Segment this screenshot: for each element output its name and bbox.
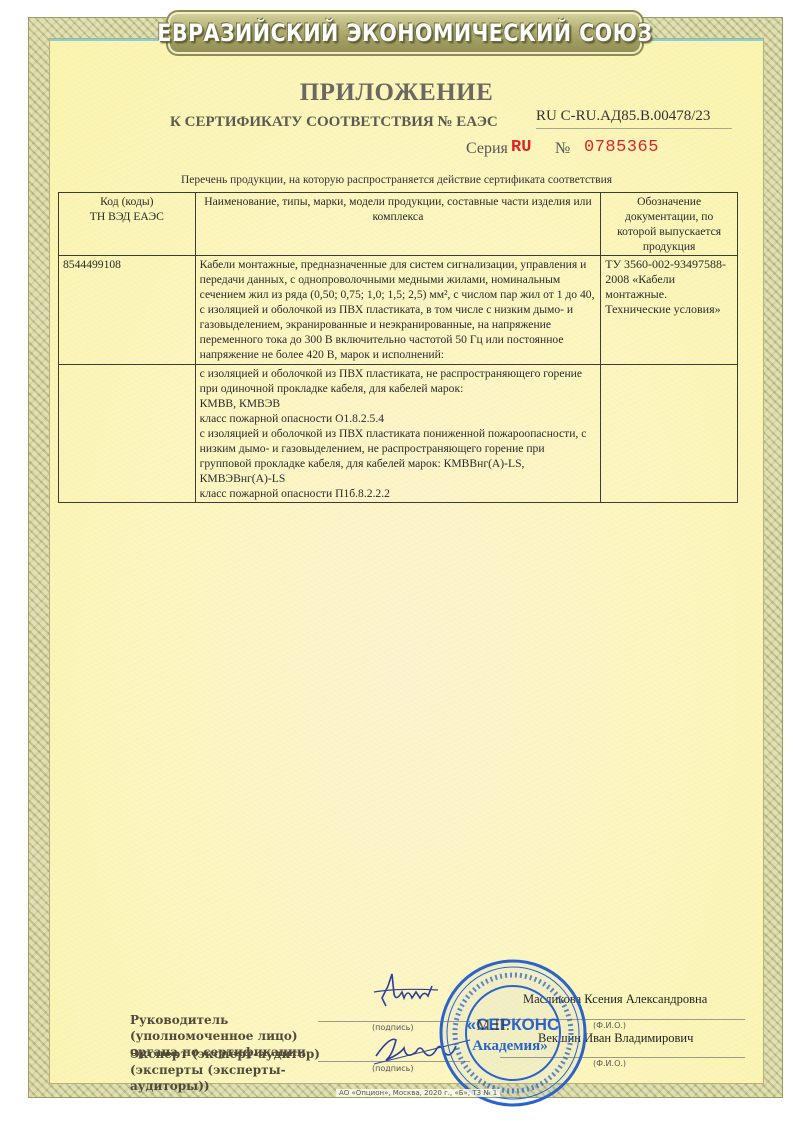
- union-banner-text: ЕВРАЗИЙСКИЙ ЭКОНОМИЧЕСКИЙ СОЮЗ: [157, 19, 652, 47]
- series-value: RU: [511, 138, 531, 157]
- printer-imprint: АО «Опцион», Москва, 2020 г., «Б», ТЗ № …: [336, 1089, 500, 1097]
- description-line: класс пожарной опасности П1б.8.2.2.2: [200, 486, 597, 501]
- cell-code: 8544499108: [59, 256, 196, 365]
- fio-caption: (Ф.И.О.): [593, 1021, 626, 1030]
- form-number-label: №: [555, 140, 570, 158]
- certificate-number: RU С-RU.АД85.В.00478/23: [536, 108, 732, 129]
- description-line: с изоляцией и оболочкой из ПВХ пластикат…: [200, 426, 597, 486]
- stamp-line-2: Академия»: [472, 1038, 547, 1054]
- page-title: ПРИЛОЖЕНИЕ: [0, 79, 793, 107]
- mp-mark: М.П.: [476, 1017, 510, 1034]
- cell-description: с изоляцией и оболочкой из ПВХ пластикат…: [195, 365, 601, 503]
- cell-code: [59, 365, 196, 503]
- cell-documentation: [601, 365, 738, 503]
- certificate-label: К СЕРТИФИКАТУ СООТВЕТСТВИЯ № ЕАЭС: [170, 114, 498, 131]
- table-row: 8544499108 Кабели монтажные, предназначе…: [59, 256, 738, 365]
- table-row: с изоляцией и оболочкой из ПВХ пластикат…: [59, 365, 738, 503]
- series-label: Серия: [466, 140, 508, 158]
- table-header-row: Код (коды) ТН ВЭД ЕАЭС Наименование, тип…: [59, 193, 738, 256]
- description-line: КМВВ, КМВЭВ: [200, 396, 597, 411]
- cell-description: Кабели монтажные, предназначенные для си…: [195, 256, 601, 365]
- cell-documentation: ТУ 3560-002-93497588-2008 «Кабели монтаж…: [601, 256, 738, 365]
- products-table: Код (коды) ТН ВЭД ЕАЭС Наименование, тип…: [58, 192, 738, 503]
- header-documentation: Обозначение документации, по которой вып…: [601, 193, 738, 256]
- table-caption: Перечень продукции, на которую распростр…: [0, 174, 793, 186]
- organization-stamp: «СЕРКОНС Академия» М.П.: [438, 958, 588, 1108]
- header-description: Наименование, типы, марки, модели продук…: [195, 193, 601, 256]
- form-number-value: 0785365: [584, 138, 659, 157]
- union-banner: ЕВРАЗИЙСКИЙ ЭКОНОМИЧЕСКИЙ СОЮЗ: [168, 12, 642, 54]
- fio-caption: (Ф.И.О.): [593, 1059, 626, 1068]
- header-code: Код (коды) ТН ВЭД ЕАЭС: [59, 193, 196, 256]
- description-line: с изоляцией и оболочкой из ПВХ пластикат…: [200, 366, 597, 396]
- expert-label: Эксперт (эксперт-аудитор) (эксперты (экс…: [130, 1046, 330, 1094]
- description-line: класс пожарной опасности О1.8.2.5.4: [200, 411, 597, 426]
